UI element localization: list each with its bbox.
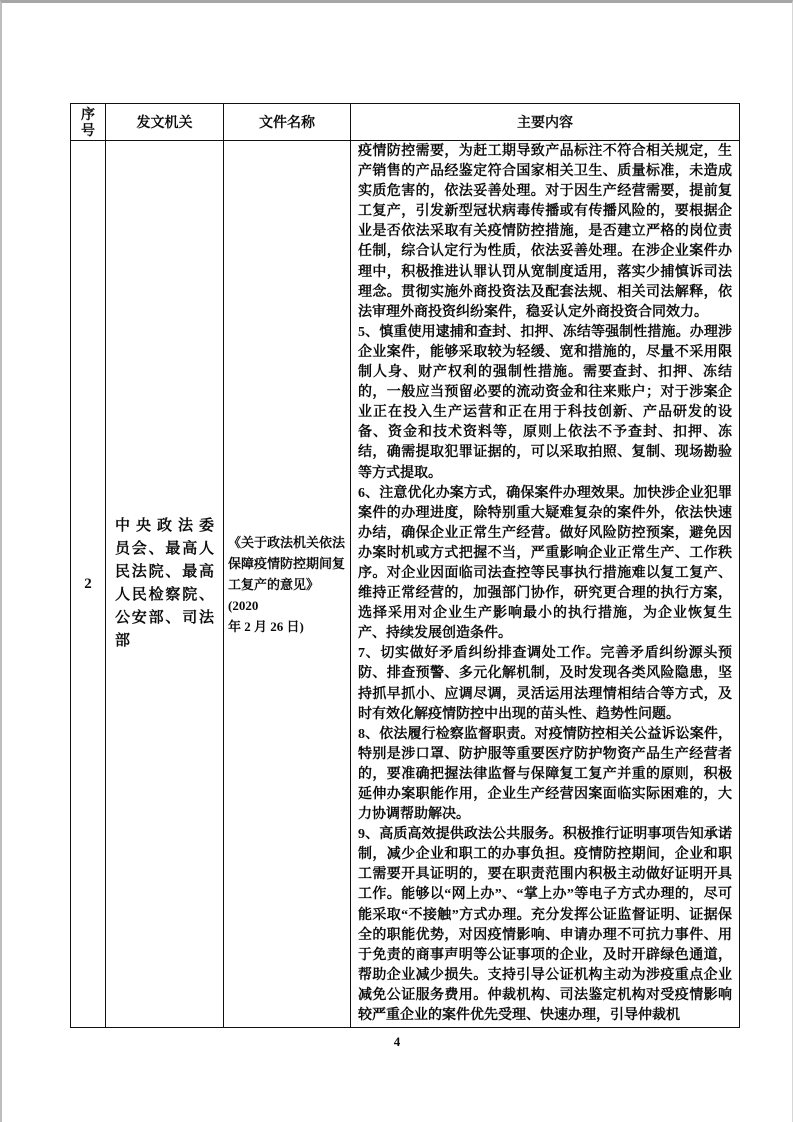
content-paragraph: 6、注意优化办案方式，确保案件办理效果。加快涉企业犯罪案件的办理进度，除特别重大… — [358, 484, 732, 645]
serial-number-cell: 2 — [71, 141, 106, 1028]
content-paragraph: 5、慎重使用逮捕和查封、扣押、冻结等强制性措施。办理涉企业案件，能够采取较为轻缓… — [358, 323, 732, 484]
content-paragraph: 9、高质高效提供政法公共服务。积极推行证明事项告知承诺制，减少企业和职工的办事负… — [358, 825, 732, 1026]
table-row: 2 中央政法委 员会、最高人 民法院、最高 人民检察院、 公安部、司法 部 《关… — [71, 141, 740, 1028]
content-paragraph: 疫情防控需要，为赶工期导致产品标注不符合相关规定，生产销售的产品经鉴定符合国家相… — [358, 142, 732, 323]
issuing-authority-cell: 中央政法委 员会、最高人 民法院、最高 人民检察院、 公安部、司法 部 — [106, 141, 224, 1028]
content-paragraph: 7、切实做好矛盾纠纷排查调处工作。完善矛盾纠纷源头预防、排查预警、多元化解机制，… — [358, 644, 732, 724]
header-serial-number: 序号 — [71, 104, 106, 141]
main-content-cell: 疫情防控需要，为赶工期导致产品标注不符合相关规定，生产销售的产品经鉴定符合国家相… — [351, 141, 740, 1028]
header-issuing-authority: 发文机关 — [106, 104, 224, 141]
main-content-text: 疫情防控需要，为赶工期导致产品标注不符合相关规定，生产销售的产品经鉴定符合国家相… — [351, 141, 739, 1027]
table-header-row: 序号 发文机关 文件名称 主要内容 — [71, 104, 740, 141]
header-main-content: 主要内容 — [351, 104, 740, 141]
policy-documents-table: 序号 发文机关 文件名称 主要内容 2 中央政法委 员会、最高人 民法院、最高 … — [70, 103, 740, 1028]
document-name-cell: 《关于政法机关依法 保障疫情防控期间复 工复产的意见》(2020 年 2 月 2… — [224, 141, 351, 1028]
content-paragraph: 8、依法履行检察监督职责。对疫情防控相关公益诉讼案件，特别是涉口罩、防护服等重要… — [358, 725, 732, 825]
document-page: { "page": { "number": "4" }, "table": { … — [0, 0, 793, 1122]
header-document-name: 文件名称 — [224, 104, 351, 141]
page-number: 4 — [2, 1034, 792, 1050]
